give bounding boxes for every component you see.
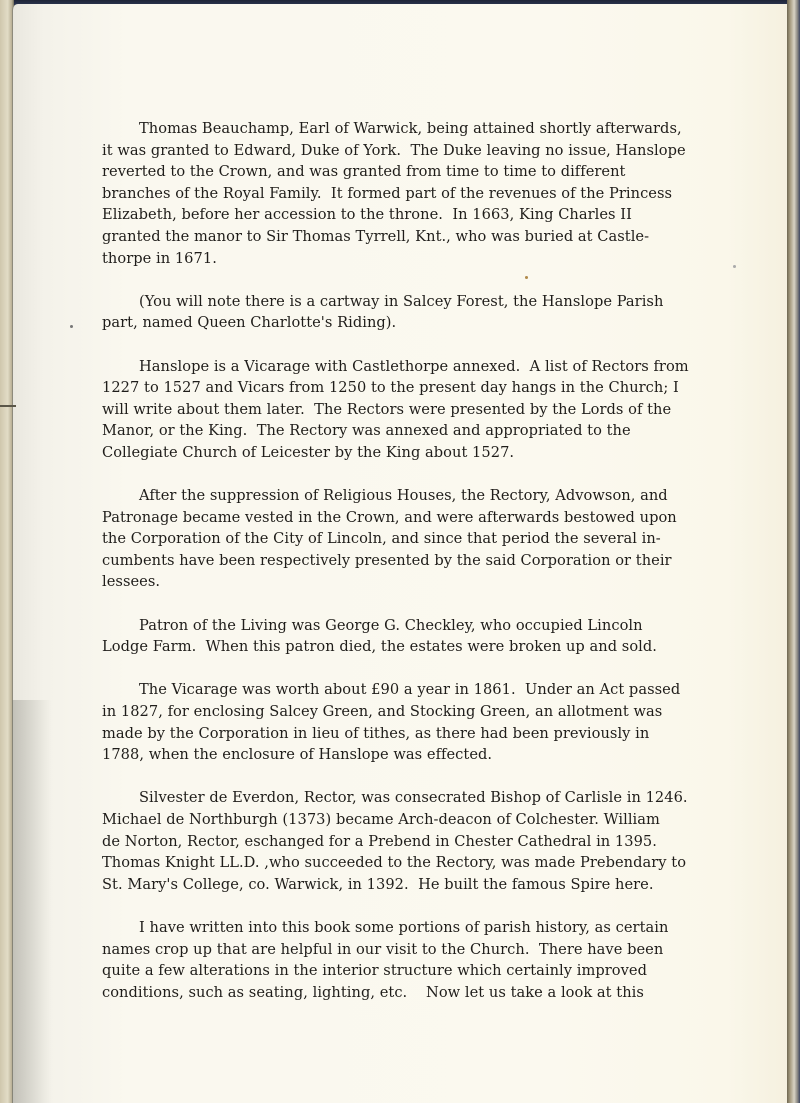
paper-speck (733, 265, 736, 268)
text-line: St. Mary's College, co. Warwick, in 1392… (102, 874, 702, 896)
text-line: Hanslope is a Vicarage with Castlethorpe… (102, 356, 702, 378)
page-right-edge (787, 0, 800, 1103)
text-line: cumbents have been respectively presente… (102, 550, 702, 572)
text-line: reverted to the Crown, and was granted f… (102, 161, 702, 183)
text-line: Thomas Beauchamp, Earl of Warwick, being… (102, 118, 702, 140)
text-line: Patronage became vested in the Crown, an… (102, 507, 702, 529)
binding-notch (0, 405, 16, 407)
text-line: Michael de Northburgh (1373) became Arch… (102, 809, 702, 831)
text-line: quite a few alterations in the interior … (102, 960, 702, 982)
text-line: will write about them later. The Rectors… (102, 399, 702, 421)
paragraph-2: (You will note there is a cartway in Sal… (102, 291, 702, 334)
paragraph-3: Hanslope is a Vicarage with Castlethorpe… (102, 356, 702, 464)
paragraph-4: After the suppression of Religious House… (102, 485, 702, 593)
paragraph-8: I have written into this book some porti… (102, 917, 702, 1003)
text-line: part, named Queen Charlotte's Riding). (102, 312, 702, 334)
text-line: branches of the Royal Family. It formed … (102, 183, 702, 205)
text-line: Elizabeth, before her accession to the t… (102, 204, 702, 226)
text-line: lessees. (102, 571, 702, 593)
text-line: 1227 to 1527 and Vicars from 1250 to the… (102, 377, 702, 399)
text-line: thorpe in 1671. (102, 248, 702, 270)
text-line: After the suppression of Religious House… (102, 485, 702, 507)
text-line: Silvester de Everdon, Rector, was consec… (102, 787, 702, 809)
text-line: de Norton, Rector, eschanged for a Prebe… (102, 831, 702, 853)
text-line: in 1827, for enclosing Salcey Green, and… (102, 701, 702, 723)
text-line: the Corporation of the City of Lincoln, … (102, 528, 702, 550)
paragraph-7: Silvester de Everdon, Rector, was consec… (102, 787, 702, 895)
text-line: The Vicarage was worth about £90 a year … (102, 679, 702, 701)
text-line: names crop up that are helpful in our vi… (102, 939, 702, 961)
text-line: conditions, such as seating, lighting, e… (102, 982, 702, 1004)
text-line: Manor, or the King. The Rectory was anne… (102, 420, 702, 442)
text-line: Thomas Knight LL.D. ,who succeeded to th… (102, 852, 702, 874)
text-line: granted the manor to Sir Thomas Tyrrell,… (102, 226, 702, 248)
scanned-page: Thomas Beauchamp, Earl of Warwick, being… (0, 0, 800, 1103)
paragraph-1: Thomas Beauchamp, Earl of Warwick, being… (102, 118, 702, 269)
text-line: (You will note there is a cartway in Sal… (102, 291, 702, 313)
text-line: made by the Corporation in lieu of tithe… (102, 723, 702, 745)
text-line: Collegiate Church of Leicester by the Ki… (102, 442, 702, 464)
paper-speck (70, 325, 73, 328)
page-body-text: Thomas Beauchamp, Earl of Warwick, being… (102, 118, 702, 1025)
paragraph-6: The Vicarage was worth about £90 a year … (102, 679, 702, 765)
text-line: Patron of the Living was George G. Check… (102, 615, 702, 637)
text-line: I have written into this book some porti… (102, 917, 702, 939)
text-line: 1788, when the enclosure of Hanslope was… (102, 744, 702, 766)
paragraph-5: Patron of the Living was George G. Check… (102, 615, 702, 658)
text-line: Lodge Farm. When this patron died, the e… (102, 636, 702, 658)
text-line: it was granted to Edward, Duke of York. … (102, 140, 702, 162)
